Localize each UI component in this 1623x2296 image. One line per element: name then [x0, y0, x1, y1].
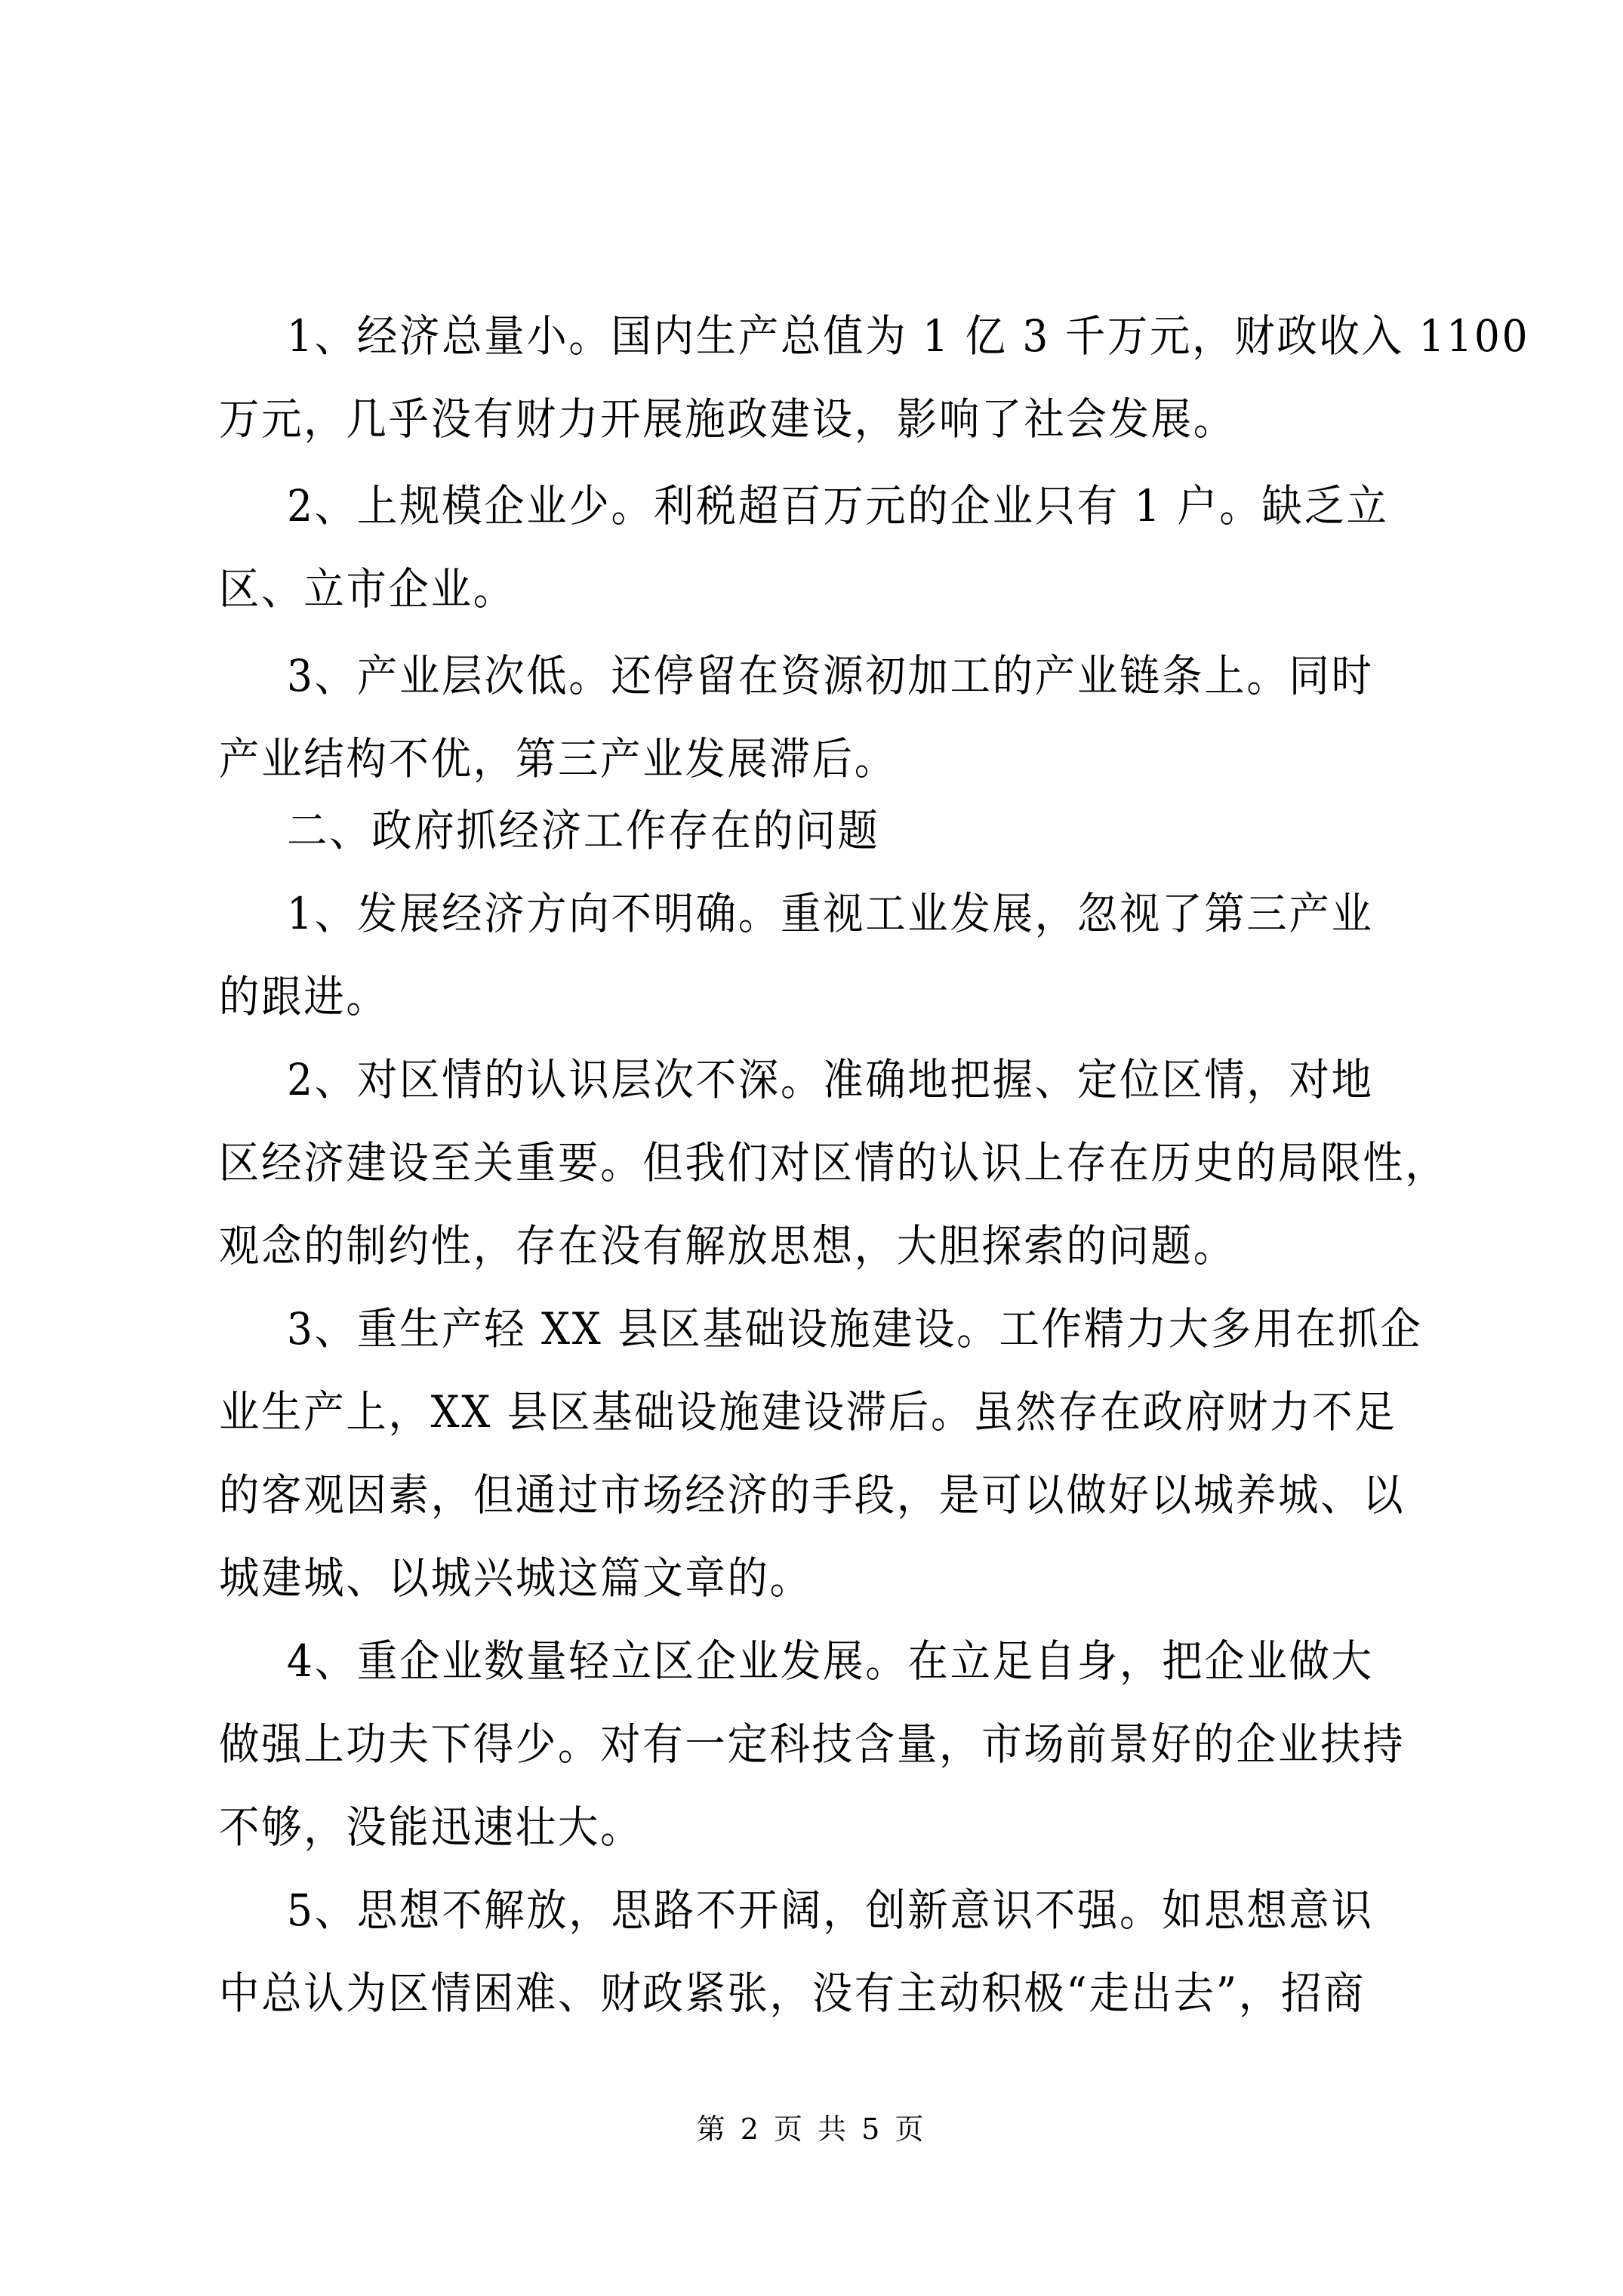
paragraph-line: 业生产上，XX 县区基础设施建设滞后。虽然存在政府财力不足	[219, 1385, 1330, 1438]
paragraph-line: 3、重生产轻 XX 县区基础设施建设。工作精力大多用在抓企	[287, 1302, 1398, 1355]
paragraph-line: 的客观因素，但通过市场经济的手段，是可以做好以城养城、以	[219, 1469, 1330, 1521]
page-number-footer: 第 2 页 共 5 页	[0, 2110, 1623, 2148]
paragraph-line: 4、重企业数量轻立区企业发展。在立足自身，把企业做大	[287, 1635, 1398, 1687]
paragraph-line: 2、对区情的认识层次不深。准确地把握、定位区情，对地	[287, 1053, 1398, 1106]
paragraph-line: 中总认为区情困难、财政紧张，没有主动积极“走出去”，招商	[219, 1967, 1330, 2020]
paragraph-line: 3、产业层次低。还停留在资源初加工的产业链条上。同时	[287, 649, 1398, 702]
paragraph-line: 1、经济总量小。国内生产总值为 1 亿 3 千万元，财政收入 1100	[287, 310, 1398, 362]
paragraph-line: 1、发展经济方向不明确。重视工业发展，忽视了第三产业	[287, 887, 1398, 940]
paragraph-line: 区、立市企业。	[219, 562, 1330, 615]
paragraph-line: 5、思想不解放，思路不开阔，创新意识不强。如思想意识	[287, 1884, 1398, 1937]
paragraph-line: 城建城、以城兴城这篇文章的。	[219, 1552, 1330, 1604]
paragraph-line: 2、上规模企业少。利税超百万元的企业只有 1 户。缺乏立	[287, 479, 1398, 532]
document-page: 1、经济总量小。国内生产总值为 1 亿 3 千万元，财政收入 1100 万元，几…	[0, 0, 1623, 2296]
paragraph-line: 做强上功夫下得少。对有一定科技含量，市场前景好的企业扶持	[219, 1718, 1330, 1771]
paragraph-line: 不够，没能迅速壮大。	[219, 1801, 1330, 1854]
paragraph-line: 产业结构不优，第三产业发展滞后。	[219, 732, 1330, 785]
section-heading: 二、政府抓经济工作存在的问题	[287, 804, 1398, 857]
paragraph-line: 的跟进。	[219, 970, 1330, 1023]
paragraph-line: 万元，几乎没有财力开展施政建设，影响了社会发展。	[219, 393, 1330, 445]
paragraph-line: 观念的制约性，存在没有解放思想，大胆探索的问题。	[219, 1219, 1330, 1272]
paragraph-line: 区经济建设至关重要。但我们对区情的认识上存在历史的局限性，	[219, 1136, 1330, 1189]
